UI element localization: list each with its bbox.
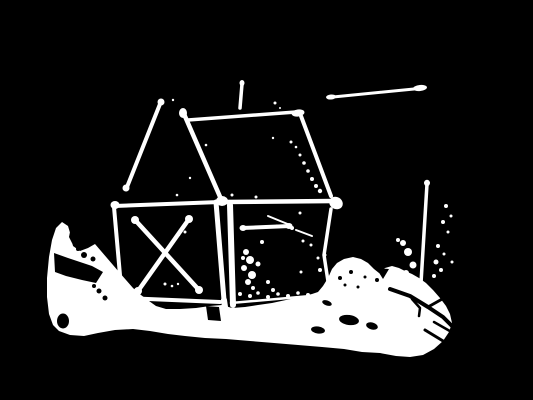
speckle (266, 280, 270, 284)
speckle (295, 146, 298, 149)
speckle (318, 268, 322, 272)
speckle (439, 268, 443, 272)
speckle (171, 285, 174, 288)
match-head (121, 297, 130, 304)
chimney-stick (240, 84, 242, 108)
match-head (240, 80, 245, 86)
snow-blob (410, 262, 417, 269)
speckle (310, 177, 314, 181)
speckle (164, 283, 167, 286)
eave (222, 201, 334, 202)
speckle (243, 249, 249, 255)
speckle (177, 283, 179, 285)
shadow-speck (88, 270, 93, 275)
speckle (451, 261, 454, 264)
match-head (158, 99, 165, 106)
shadow-speck (91, 257, 96, 262)
match-head (120, 284, 127, 290)
speckle (314, 184, 318, 188)
speckle (241, 256, 245, 260)
match-head (216, 196, 228, 206)
speckle (178, 234, 180, 236)
speckle (434, 260, 439, 265)
speckle (299, 212, 302, 215)
speckle (205, 144, 208, 147)
speckle (271, 288, 275, 292)
speckle (248, 294, 252, 298)
front-wall-left-post (230, 205, 233, 305)
speckle (248, 271, 256, 279)
shadow-speck (81, 252, 87, 258)
match-head (185, 215, 193, 223)
shadow-speck (344, 284, 347, 287)
snow-blob (400, 240, 406, 246)
speckle (317, 257, 320, 260)
speckle (290, 226, 294, 230)
bw-print-image (0, 0, 533, 400)
speckle (189, 177, 191, 179)
matchstick-house-scene (0, 0, 533, 400)
speckle (290, 141, 293, 144)
speckle (231, 194, 234, 197)
speckle (432, 274, 436, 278)
shadow-hole (57, 314, 69, 329)
door-swab (242, 226, 290, 228)
match-head (195, 286, 203, 294)
match-head (123, 185, 130, 192)
post-foot (224, 300, 226, 314)
speckle (266, 295, 270, 299)
match-head (240, 225, 247, 231)
shadow-speck (349, 270, 353, 274)
speckle (245, 279, 251, 285)
speckle (260, 240, 264, 244)
shadow-speck (76, 247, 80, 251)
speckle (296, 291, 300, 295)
speckle (184, 231, 187, 234)
speckle (241, 265, 247, 271)
snow-blob (404, 248, 412, 256)
match-head (131, 216, 139, 224)
speckle (444, 204, 448, 208)
speckle (276, 225, 279, 228)
match-head (134, 287, 142, 295)
match-head (179, 108, 187, 118)
speckle (274, 102, 277, 105)
speckle (172, 99, 174, 101)
speckle (450, 215, 453, 218)
speckle (251, 286, 255, 290)
speckle (306, 169, 310, 173)
speckle (436, 244, 440, 248)
speckle (246, 256, 254, 264)
speckle (443, 253, 446, 256)
shadow-speck (364, 276, 367, 279)
speckle (256, 291, 260, 295)
speckle (310, 244, 313, 247)
shadow-speck (357, 286, 360, 289)
speckle (238, 292, 242, 296)
speckle (286, 294, 290, 298)
speckle (302, 240, 305, 243)
speckle (272, 137, 274, 139)
speckle (300, 271, 303, 274)
snow-blob (403, 270, 409, 276)
speckle (276, 292, 280, 296)
shadow-patch (206, 306, 221, 321)
snow-blob (396, 238, 400, 242)
speckle (306, 293, 310, 297)
speckle (176, 194, 179, 197)
match-head (424, 180, 430, 186)
shadow-speck (92, 284, 96, 288)
speckle (279, 107, 281, 109)
shadow-speck (97, 289, 102, 294)
shadow-speck (338, 276, 342, 280)
speckle (318, 189, 322, 193)
match-head (111, 201, 120, 209)
speckle (324, 254, 327, 257)
speckle (447, 231, 450, 234)
speckle (256, 262, 261, 267)
speckle (441, 220, 445, 224)
speckle (255, 196, 258, 199)
shadow-speck (375, 278, 379, 282)
speckle (302, 161, 306, 165)
speckle (299, 154, 302, 157)
shadow-speck (103, 296, 108, 301)
